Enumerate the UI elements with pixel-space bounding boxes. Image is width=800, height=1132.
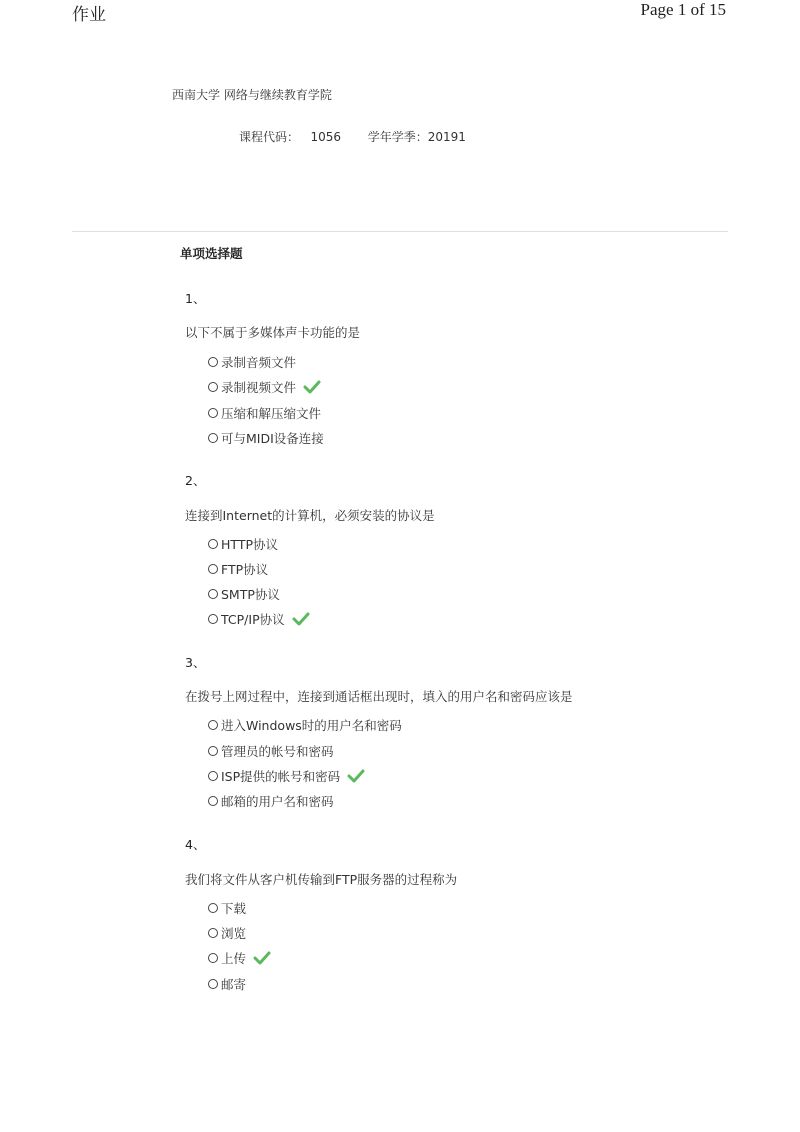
radio-unselected-icon[interactable] [208,953,218,963]
option[interactable]: HTTP协议 [208,535,278,553]
question-number: 2、 [185,471,205,489]
option[interactable]: TCP/IP协议 [208,610,310,628]
question-number: 3、 [185,653,205,671]
question-text: 以下不属于多媒体声卡功能的是 [185,323,360,341]
option-label: FTP协议 [221,560,268,578]
question-number: 1、 [185,289,205,307]
question-number: 4、 [185,835,205,853]
radio-unselected-icon[interactable] [208,564,218,574]
checkmark-icon [292,612,310,626]
checkmark-icon [347,769,365,783]
document-title: 作业 [72,0,106,25]
radio-unselected-icon[interactable] [208,771,218,781]
option-label: 录制视频文件 [221,378,296,396]
option-label: 管理员的帐号和密码 [221,742,334,760]
option-label: 浏览 [221,924,246,942]
option-label: TCP/IP协议 [221,610,285,628]
question-text: 在拨号上网过程中，连接到通话框出现时，填入的用户名和密码应该是 [185,687,573,705]
option-label: 邮寄 [221,975,246,993]
checkmark-icon [303,380,321,394]
radio-unselected-icon[interactable] [208,408,218,418]
radio-unselected-icon[interactable] [208,796,218,806]
option[interactable]: 邮寄 [208,975,246,993]
option[interactable]: 上传 [208,949,271,967]
option[interactable]: SMTP协议 [208,585,280,603]
radio-unselected-icon[interactable] [208,720,218,730]
radio-unselected-icon[interactable] [208,357,218,367]
option[interactable]: 录制音频文件 [208,353,296,371]
page-indicator: Page 1 of 15 [641,0,726,20]
course-code-label: 课程代码： [239,130,299,144]
option-label: 邮箱的用户名和密码 [221,792,334,810]
radio-unselected-icon[interactable] [208,382,218,392]
option-label: 下载 [221,899,246,917]
option[interactable]: 邮箱的用户名和密码 [208,792,334,810]
question-text: 我们将文件从客户机传输到FTP服务器的过程称为 [185,870,457,888]
option-label: ISP提供的帐号和密码 [221,767,340,785]
option[interactable]: 进入Windows时的用户名和密码 [208,716,402,734]
option-label: HTTP协议 [221,535,278,553]
radio-unselected-icon[interactable] [208,614,218,624]
course-code: 1056 [310,130,341,144]
option-label: 压缩和解压缩文件 [221,404,321,422]
option-label: SMTP协议 [221,585,280,603]
option[interactable]: ISP提供的帐号和密码 [208,767,365,785]
section-title: 单项选择题 [180,244,243,262]
option[interactable]: 压缩和解压缩文件 [208,404,321,422]
option[interactable]: 浏览 [208,924,246,942]
option[interactable]: 下载 [208,899,246,917]
option-label: 可与MIDI设备连接 [221,429,324,447]
option-label: 录制音频文件 [221,353,296,371]
checkmark-icon [253,951,271,965]
radio-unselected-icon[interactable] [208,589,218,599]
course-meta: 课程代码： 1056 学年学季：20191 [239,128,466,145]
term-label: 学年学季： [368,130,428,144]
radio-unselected-icon[interactable] [208,433,218,443]
radio-unselected-icon[interactable] [208,903,218,913]
option[interactable]: 管理员的帐号和密码 [208,742,334,760]
divider [72,231,728,232]
radio-unselected-icon[interactable] [208,746,218,756]
radio-unselected-icon[interactable] [208,928,218,938]
option[interactable]: FTP协议 [208,560,268,578]
question-text: 连接到Internet的计算机，必须安装的协议是 [185,506,435,524]
term-value: 20191 [428,130,466,144]
option-label: 上传 [221,949,246,967]
radio-unselected-icon[interactable] [208,979,218,989]
school-name: 西南大学 网络与继续教育学院 [172,86,332,103]
option[interactable]: 可与MIDI设备连接 [208,429,324,447]
radio-unselected-icon[interactable] [208,539,218,549]
option-label: 进入Windows时的用户名和密码 [221,716,402,734]
option[interactable]: 录制视频文件 [208,378,321,396]
